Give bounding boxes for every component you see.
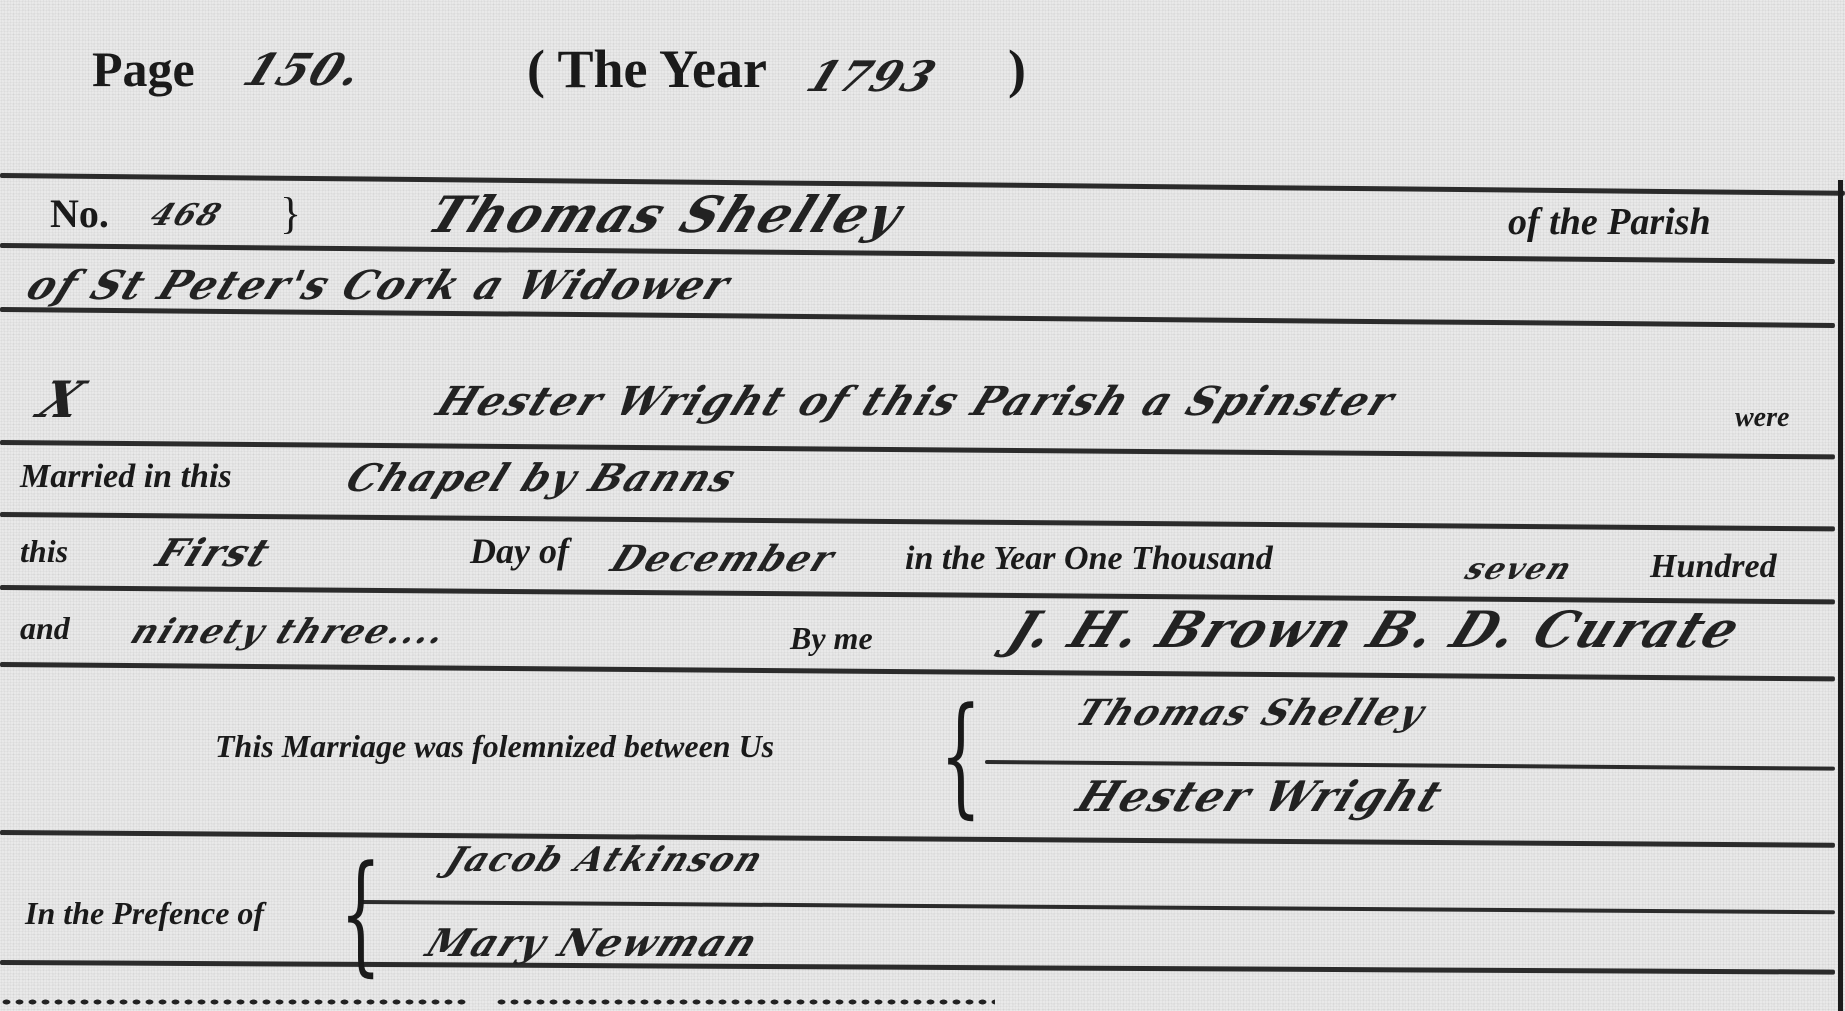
this-label: this [20, 533, 68, 570]
number-brace: } [280, 188, 301, 239]
year-tail: ninety three.... [125, 612, 453, 652]
rule-1 [0, 243, 1835, 264]
were-label: were [1735, 402, 1789, 434]
groom-name: Thomas Shelley [420, 185, 913, 244]
by-me-label: By me [790, 620, 873, 657]
solemnized-brace: { [940, 690, 981, 820]
witnesses-label: In the Prefence of [25, 895, 264, 932]
page-label: Page [92, 40, 195, 98]
witness1-signature: Jacob Atkinson [440, 840, 770, 880]
solemnized-label: This Marriage was folemnized between Us [215, 728, 774, 765]
number-label: No. [50, 190, 109, 237]
party1-signature: Thomas Shelley [1070, 692, 1432, 734]
married-label: Married in this [20, 458, 232, 496]
officiant-signature: J. H. Brown B. D. Curate [1000, 600, 1751, 659]
rule-4 [0, 512, 1835, 531]
year-heading: ( The Year [527, 38, 767, 100]
rule-7 [0, 830, 1835, 848]
rule-2 [0, 307, 1835, 328]
witnesses-brace: { [340, 848, 381, 978]
groom-x-mark: X [30, 370, 95, 429]
frame-right [1838, 180, 1843, 1011]
day-of-label: Day of [470, 530, 569, 572]
rule-top [0, 173, 1845, 196]
rule-witness [360, 900, 1835, 914]
dotted-border-right [495, 998, 995, 1006]
rule-3 [0, 440, 1835, 459]
day-value: First [150, 530, 279, 575]
year-value: 1793 [800, 52, 945, 101]
rule-6 [0, 662, 1835, 681]
month-value: December [605, 538, 842, 580]
married-place: Chapel by Banns [340, 455, 744, 500]
dotted-border-left [0, 998, 470, 1006]
year-heading-close: ) [1008, 38, 1026, 100]
and-label: and [20, 610, 70, 647]
year-phrase: in the Year One Thousand [905, 540, 1273, 578]
rule-8 [0, 960, 1835, 975]
rule-party [985, 760, 1835, 771]
groom-parish: of St Peter's Cork a Widower [20, 262, 738, 309]
hundred-label: Hundred [1650, 548, 1777, 586]
parish-label: of the Parish [1508, 200, 1711, 244]
bride-line: Hester Wright of this Parish a Spinster [430, 378, 1403, 425]
party2-signature: Hester Wright [1070, 772, 1451, 821]
witness2-signature: Mary Newman [420, 920, 766, 965]
hundreds-value: seven [1460, 552, 1578, 587]
page-number: 150. [236, 45, 372, 96]
entry-number: 468 [145, 198, 228, 233]
